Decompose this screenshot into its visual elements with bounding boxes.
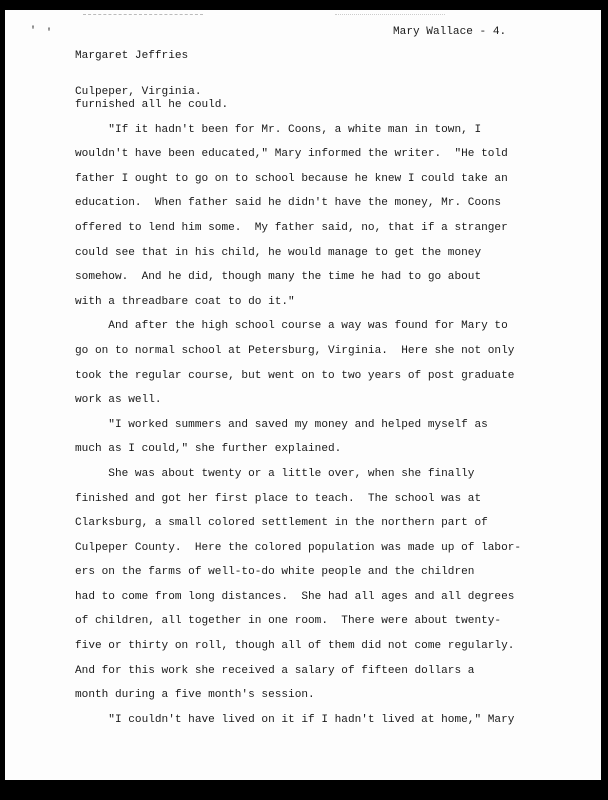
text-line: somehow. And he did, though many the tim… [75, 265, 585, 290]
page-label: Mary Wallace - 4. [393, 26, 506, 38]
text-line: offered to lend him some. My father said… [75, 216, 585, 241]
text-line: of children, all together in one room. T… [75, 609, 585, 634]
text-line: And for this work she received a salary … [75, 659, 585, 684]
text-line: "I couldn't have lived on it if I hadn't… [75, 708, 585, 733]
text-line: month during a five month's session. [75, 683, 585, 708]
body-text: furnished all he could. "If it hadn't be… [75, 93, 585, 732]
author-name: Margaret Jeffries [75, 50, 202, 62]
text-line: with a threadbare coat to do it." [75, 290, 585, 315]
text-line: "If it hadn't been for Mr. Coons, a whit… [75, 118, 585, 143]
text-line: And after the high school course a way w… [75, 314, 585, 339]
faded-header-text [83, 14, 203, 18]
text-line: furnished all he could. [75, 93, 585, 118]
text-line: education. When father said he didn't ha… [75, 191, 585, 216]
text-line: wouldn't have been educated," Mary infor… [75, 142, 585, 167]
text-line: work as well. [75, 388, 585, 413]
text-line: ers on the farms of well-to-do white peo… [75, 560, 585, 585]
text-line: Culpeper County. Here the colored popula… [75, 536, 585, 561]
text-line: five or thirty on roll, though all of th… [75, 634, 585, 659]
margin-mark: ' [30, 26, 36, 37]
text-line: She was about twenty or a little over, w… [75, 462, 585, 487]
text-line: "I worked summers and saved my money and… [75, 413, 585, 438]
text-line: finished and got her first place to teac… [75, 487, 585, 512]
text-line: took the regular course, but went on to … [75, 364, 585, 389]
faded-header-marks [335, 14, 445, 18]
margin-mark: ' [46, 28, 52, 39]
text-line: father I ought to go on to school becaus… [75, 167, 585, 192]
text-line: go on to normal school at Petersburg, Vi… [75, 339, 585, 364]
text-line: had to come from long distances. She had… [75, 585, 585, 610]
text-line: much as I could," she further explained. [75, 437, 585, 462]
text-line: Clarksburg, a small colored settlement i… [75, 511, 585, 536]
text-line: could see that in his child, he would ma… [75, 241, 585, 266]
document-page: ' ' Margaret Jeffries Culpeper, Virginia… [5, 10, 601, 780]
